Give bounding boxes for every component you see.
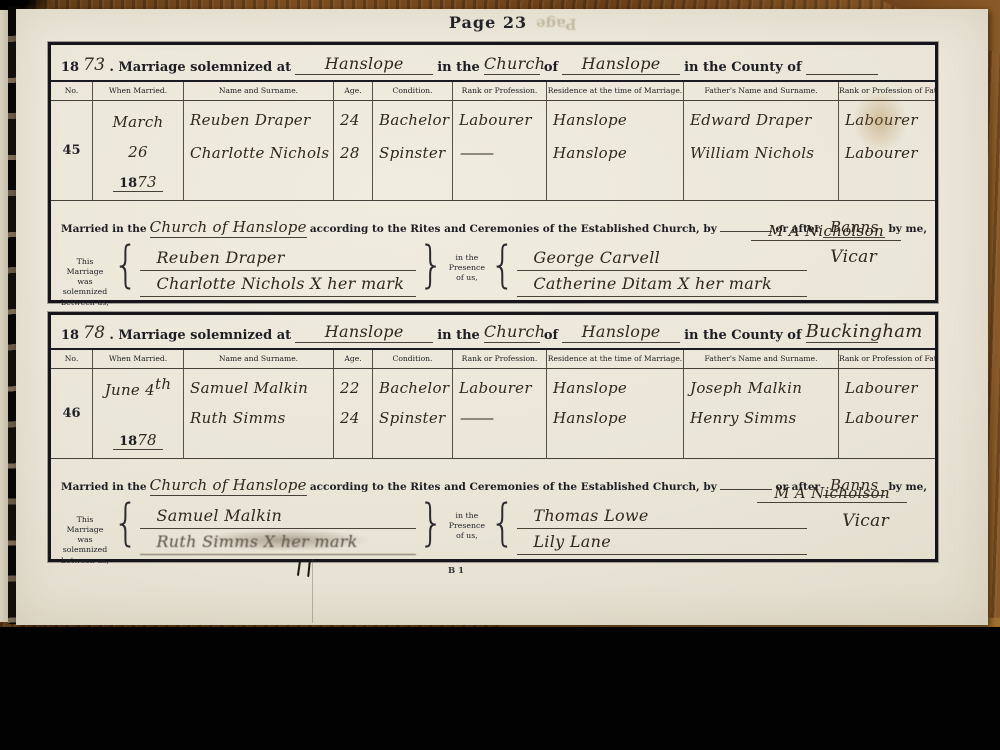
married-in-church: Church of Hanslope bbox=[150, 475, 307, 496]
groom-age: 24 bbox=[340, 111, 370, 129]
according-text: according to the Rites and Ceremonies of… bbox=[310, 481, 717, 493]
signatures-block: This Marriage was solemnized between us,… bbox=[51, 499, 935, 566]
bride-father-name: Henry Simms bbox=[690, 409, 836, 427]
groom-condition: Bachelor bbox=[379, 111, 450, 129]
in-the-text: in the bbox=[437, 328, 480, 343]
register-page: Page 23 Page 1873. Marriage solemnized a… bbox=[16, 9, 988, 625]
ranks-cell: Labourer — bbox=[453, 101, 547, 200]
this-marriage-label: This Marriage was solemnized between us, bbox=[57, 245, 113, 308]
col-when-married: When Married. bbox=[93, 82, 184, 100]
witness2-signature: Lily Lane bbox=[517, 529, 807, 555]
column-headers: No. When Married. Name and Surname. Age.… bbox=[51, 350, 935, 369]
col-father-rank: Rank or Profession of Father. bbox=[839, 350, 935, 368]
record-title-line: 1873. Marriage solemnized at Hanslope in… bbox=[51, 45, 935, 82]
bride-rank: — bbox=[459, 144, 544, 162]
couple-signatures: Reuben Draper Charlotte Nichols X her ma… bbox=[140, 245, 416, 297]
solemnized-place: Hanslope bbox=[295, 322, 433, 343]
county-text: in the County of bbox=[684, 60, 801, 75]
opening-brace: { bbox=[113, 243, 138, 288]
of-text: of bbox=[544, 60, 558, 75]
bride-father-name: William Nichols bbox=[690, 144, 836, 162]
when-married-cell: June 4th 1878 bbox=[93, 369, 184, 458]
year-handwritten: 73 bbox=[83, 55, 105, 75]
solemnized-text: . Marriage solemnized at bbox=[109, 328, 291, 343]
bride-residence: Hanslope bbox=[553, 409, 681, 427]
according-text: according to the Rites and Ceremonies of… bbox=[310, 223, 717, 235]
couple-signatures: Samuel Malkin Ruth Simms X her mark bbox=[140, 503, 416, 555]
solemnized-place: Hanslope bbox=[295, 54, 433, 75]
page-number: Page 23 bbox=[2, 13, 974, 32]
bride-name: Charlotte Nichols bbox=[190, 144, 331, 162]
marriage-year: 1878 bbox=[113, 430, 163, 450]
col-name-surname: Name and Surname. bbox=[184, 82, 334, 100]
groom-condition: Bachelor bbox=[379, 379, 450, 397]
ages-cell: 24 28 bbox=[334, 101, 373, 200]
entry-row: 45 March 26 1873 Reuben Draper Charlotte… bbox=[51, 101, 935, 201]
col-residence: Residence at the time of Marriage. bbox=[547, 82, 684, 100]
marriage-date: June 4th bbox=[105, 375, 172, 399]
bride-rank: — bbox=[459, 409, 544, 427]
ranks-cell: Labourer — bbox=[453, 369, 547, 458]
marriage-record-1873: 1873. Marriage solemnized at Hanslope in… bbox=[48, 42, 938, 303]
of-text: of bbox=[544, 328, 558, 343]
record-title-line: 1878. Marriage solemnized at Hanslope in… bbox=[51, 315, 935, 350]
groom-age: 22 bbox=[340, 379, 370, 397]
witness-signatures: George Carvell Catherine Ditam X her mar… bbox=[517, 245, 807, 297]
col-father-name: Father's Name and Surname. bbox=[684, 82, 839, 100]
groom-name: Samuel Malkin bbox=[190, 379, 331, 397]
groom-signature: Samuel Malkin bbox=[140, 503, 416, 529]
page-crease bbox=[312, 559, 313, 623]
photo-black-background bbox=[0, 627, 1000, 750]
county-text: in the County of bbox=[684, 328, 801, 343]
bleed-through-ghost-text: Page bbox=[536, 15, 577, 33]
witness1-signature: George Carvell bbox=[517, 245, 807, 271]
column-headers: No. When Married. Name and Surname. Age.… bbox=[51, 82, 935, 101]
married-in-text: Married in the bbox=[61, 481, 147, 493]
groom-name: Reuben Draper bbox=[190, 111, 331, 129]
bride-age: 24 bbox=[340, 409, 370, 427]
married-in-text: Married in the bbox=[61, 223, 147, 235]
witness1-signature: Thomas Lowe bbox=[517, 503, 807, 529]
col-father-name: Father's Name and Surname. bbox=[684, 350, 839, 368]
col-no: No. bbox=[51, 82, 93, 100]
names-cell: Reuben Draper Charlotte Nichols bbox=[184, 101, 334, 200]
year-handwritten: 78 bbox=[83, 323, 105, 343]
bride-name: Ruth Simms bbox=[190, 409, 331, 427]
photo-of-register-book: Page 23 Page 1873. Marriage solemnized a… bbox=[0, 0, 1000, 750]
ages-cell: 22 24 bbox=[334, 369, 373, 458]
officiant-signature: M A Nicholson bbox=[757, 483, 907, 503]
solemnized-text: . Marriage solemnized at bbox=[109, 60, 291, 75]
officiant-signature: M A Nicholson bbox=[751, 221, 901, 241]
marriage-record-1878: 1878. Marriage solemnized at Hanslope in… bbox=[48, 312, 938, 562]
bride-signature: Charlotte Nichols X her mark bbox=[140, 271, 416, 297]
residences-cell: Hanslope Hanslope bbox=[547, 369, 684, 458]
stray-ink-mark bbox=[307, 561, 311, 577]
witness-signatures: Thomas Lowe Lily Lane bbox=[517, 503, 807, 555]
in-the-text: in the bbox=[437, 60, 480, 75]
bride-condition: Spinster bbox=[379, 409, 450, 427]
church-place: Hanslope bbox=[562, 322, 680, 343]
presence-label: in the Presence of us, bbox=[444, 245, 490, 283]
witness-brace: { bbox=[490, 243, 515, 288]
col-residence: Residence at the time of Marriage. bbox=[547, 350, 684, 368]
witness-brace: { bbox=[490, 501, 515, 546]
officiant-title: Vicar bbox=[830, 247, 877, 267]
col-rank: Rank or Profession. bbox=[453, 350, 547, 368]
conditions-cell: Bachelor Spinster bbox=[373, 369, 453, 458]
closing-brace: } bbox=[418, 501, 443, 546]
col-when-married: When Married. bbox=[93, 350, 184, 368]
residences-cell: Hanslope Hanslope bbox=[547, 101, 684, 200]
marriage-year: 1873 bbox=[113, 172, 163, 192]
names-cell: Samuel Malkin Ruth Simms bbox=[184, 369, 334, 458]
closing-brace: } bbox=[418, 243, 443, 288]
entry-number: 45 bbox=[62, 143, 80, 158]
county-value bbox=[806, 54, 878, 75]
year-prefix-printed: 18 bbox=[61, 328, 79, 343]
marriage-day: 26 bbox=[128, 143, 148, 161]
married-in-church: Church of Hanslope bbox=[150, 217, 307, 238]
ink-smudge bbox=[200, 529, 370, 551]
groom-father-name: Edward Draper bbox=[690, 111, 836, 129]
entry-number-cell: 45 bbox=[51, 101, 93, 200]
church-place: Hanslope bbox=[562, 54, 680, 75]
groom-rank: Labourer bbox=[459, 111, 544, 129]
groom-father-rank: Labourer bbox=[845, 379, 933, 397]
entry-number-cell: 46 bbox=[51, 369, 93, 458]
bride-condition: Spinster bbox=[379, 144, 450, 162]
col-age: Age. bbox=[334, 82, 373, 100]
witness2-signature: Catherine Ditam X her mark bbox=[517, 271, 807, 297]
col-condition: Condition. bbox=[373, 82, 453, 100]
col-no: No. bbox=[51, 350, 93, 368]
groom-rank: Labourer bbox=[459, 379, 544, 397]
entry-number: 46 bbox=[62, 406, 80, 421]
groom-residence: Hanslope bbox=[553, 379, 681, 397]
bride-residence: Hanslope bbox=[553, 144, 681, 162]
col-name-surname: Name and Surname. bbox=[184, 350, 334, 368]
this-marriage-label: This Marriage was solemnized between us, bbox=[57, 503, 113, 566]
col-rank: Rank or Profession. bbox=[453, 82, 547, 100]
building-type: Church bbox=[484, 322, 540, 343]
groom-father-name: Joseph Malkin bbox=[690, 379, 836, 397]
groom-residence: Hanslope bbox=[553, 111, 681, 129]
father-names-cell: Joseph Malkin Henry Simms bbox=[684, 369, 839, 458]
opening-brace: { bbox=[113, 501, 138, 546]
marriage-month: March bbox=[112, 107, 163, 131]
ink-stain bbox=[853, 89, 907, 153]
bride-father-rank: Labourer bbox=[845, 409, 933, 427]
col-condition: Condition. bbox=[373, 350, 453, 368]
father-names-cell: Edward Draper William Nichols bbox=[684, 101, 839, 200]
signatures-block: This Marriage was solemnized between us,… bbox=[51, 241, 935, 308]
when-married-cell: March 26 1873 bbox=[93, 101, 184, 200]
father-ranks-cell: Labourer Labourer bbox=[839, 369, 935, 458]
year-prefix-printed: 18 bbox=[61, 60, 79, 75]
bride-age: 28 bbox=[340, 144, 370, 162]
county-value: Buckingham bbox=[806, 322, 878, 343]
col-age: Age. bbox=[334, 350, 373, 368]
presence-label: in the Presence of us, bbox=[444, 503, 490, 541]
plate-mark: B 1 bbox=[448, 566, 464, 576]
entry-row: 46 June 4th 1878 Samuel Malkin Ruth Simm… bbox=[51, 369, 935, 459]
building-type: Church bbox=[484, 54, 540, 75]
officiant-title: Vicar bbox=[842, 511, 889, 531]
groom-signature: Reuben Draper bbox=[140, 245, 416, 271]
conditions-cell: Bachelor Spinster bbox=[373, 101, 453, 200]
